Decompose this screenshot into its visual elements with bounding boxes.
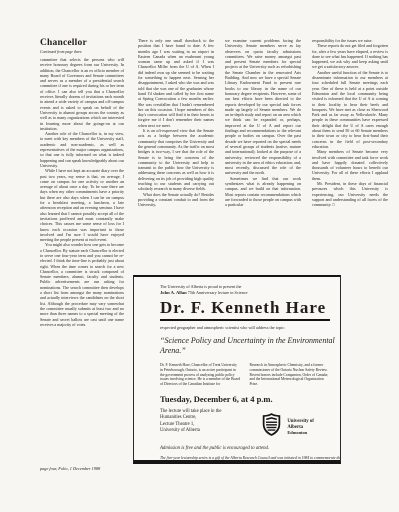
university-logo-text: University of Alberta Edmonton: [287, 419, 330, 435]
body-paragraph: There is only one small drawback to the …: [138, 38, 214, 128]
speaker-description: respected geographer and atmospheric sci…: [160, 325, 330, 331]
body-paragraph: Another useful function of the Senate is…: [312, 70, 388, 149]
body-paragraph: Many members of Senate become very invol…: [312, 149, 388, 181]
article-columns-2-4: There is only one small drawback to the …: [138, 38, 388, 208]
body-paragraph: While I have not kept an accurate diary …: [40, 168, 124, 242]
lecture-topic: “Science Policy and Uncertainty in the E…: [160, 336, 338, 356]
admission-note: Admission is free and the public is enco…: [160, 446, 330, 452]
series-title: John A. Allan 75th Anniversary lecture i…: [160, 290, 330, 296]
body-paragraph: What does the Senate actually do? Beside…: [138, 192, 214, 208]
body-paragraph: Mr. President, in these days of financia…: [312, 181, 388, 207]
bio-column-left: Dr. F. Kenneth Hare, Chancellor of Trent…: [160, 363, 241, 388]
body-paragraph: committee that selects the persons who w…: [40, 57, 124, 131]
body-paragraph: You might also wonder how one gets to be…: [40, 242, 124, 327]
body-paragraph: It is an oft-expressed view that the Sen…: [138, 128, 214, 192]
article-column-3: we examine current problems facing the U…: [225, 38, 301, 208]
series-name: John A. Allan: [160, 290, 187, 295]
body-paragraph: These reports do not get filed and forgo…: [312, 43, 388, 69]
bio-column-right: Research in Atmospheric Chemistry, and a…: [250, 363, 331, 388]
university-crest-icon: [261, 412, 282, 442]
article-column-1: Chancellor Continued from page three com…: [40, 38, 124, 327]
article-column-4: responsibility for the issues we raise. …: [312, 38, 388, 208]
series-rest: 75th Anniversary lecture in Science: [187, 290, 248, 295]
page-footer: page four, Folio, 1 December 1988: [40, 466, 100, 471]
university-logo-name: University of Alberta: [287, 419, 330, 430]
speaker-bio: Dr. F. Kenneth Hare, Chancellor of Trent…: [160, 363, 330, 388]
body-paragraph: we examine current problems facing the U…: [225, 38, 301, 176]
speaker-name-block: Dr. F. Kenneth Hare: [160, 299, 330, 321]
university-logo-city: Edmonton: [287, 430, 330, 435]
series-footnote: The five-year lectureship series is a gi…: [160, 456, 341, 464]
body-paragraph: Another role of the Chancellor is, in my…: [40, 131, 124, 168]
lecture-datetime: Tuesday, December 6, at 4 p.m.: [160, 394, 330, 404]
article-column-2: There is only one small drawback to the …: [138, 38, 214, 208]
article-title: Chancellor: [40, 38, 124, 48]
speaker-name: Dr. F. Kenneth Hare: [160, 299, 330, 316]
location-row: The lecture will take place in the Human…: [160, 409, 330, 442]
body-paragraph: Sometimes we find that our work synthesi…: [225, 176, 301, 208]
university-logo: University of Alberta Edmonton: [261, 412, 330, 442]
lecture-announcement-box: The University of Alberta is proud to pr…: [133, 275, 341, 464]
lecture-location: The lecture will take place in the Human…: [160, 409, 247, 434]
continued-note: Continued from page three: [40, 50, 124, 55]
